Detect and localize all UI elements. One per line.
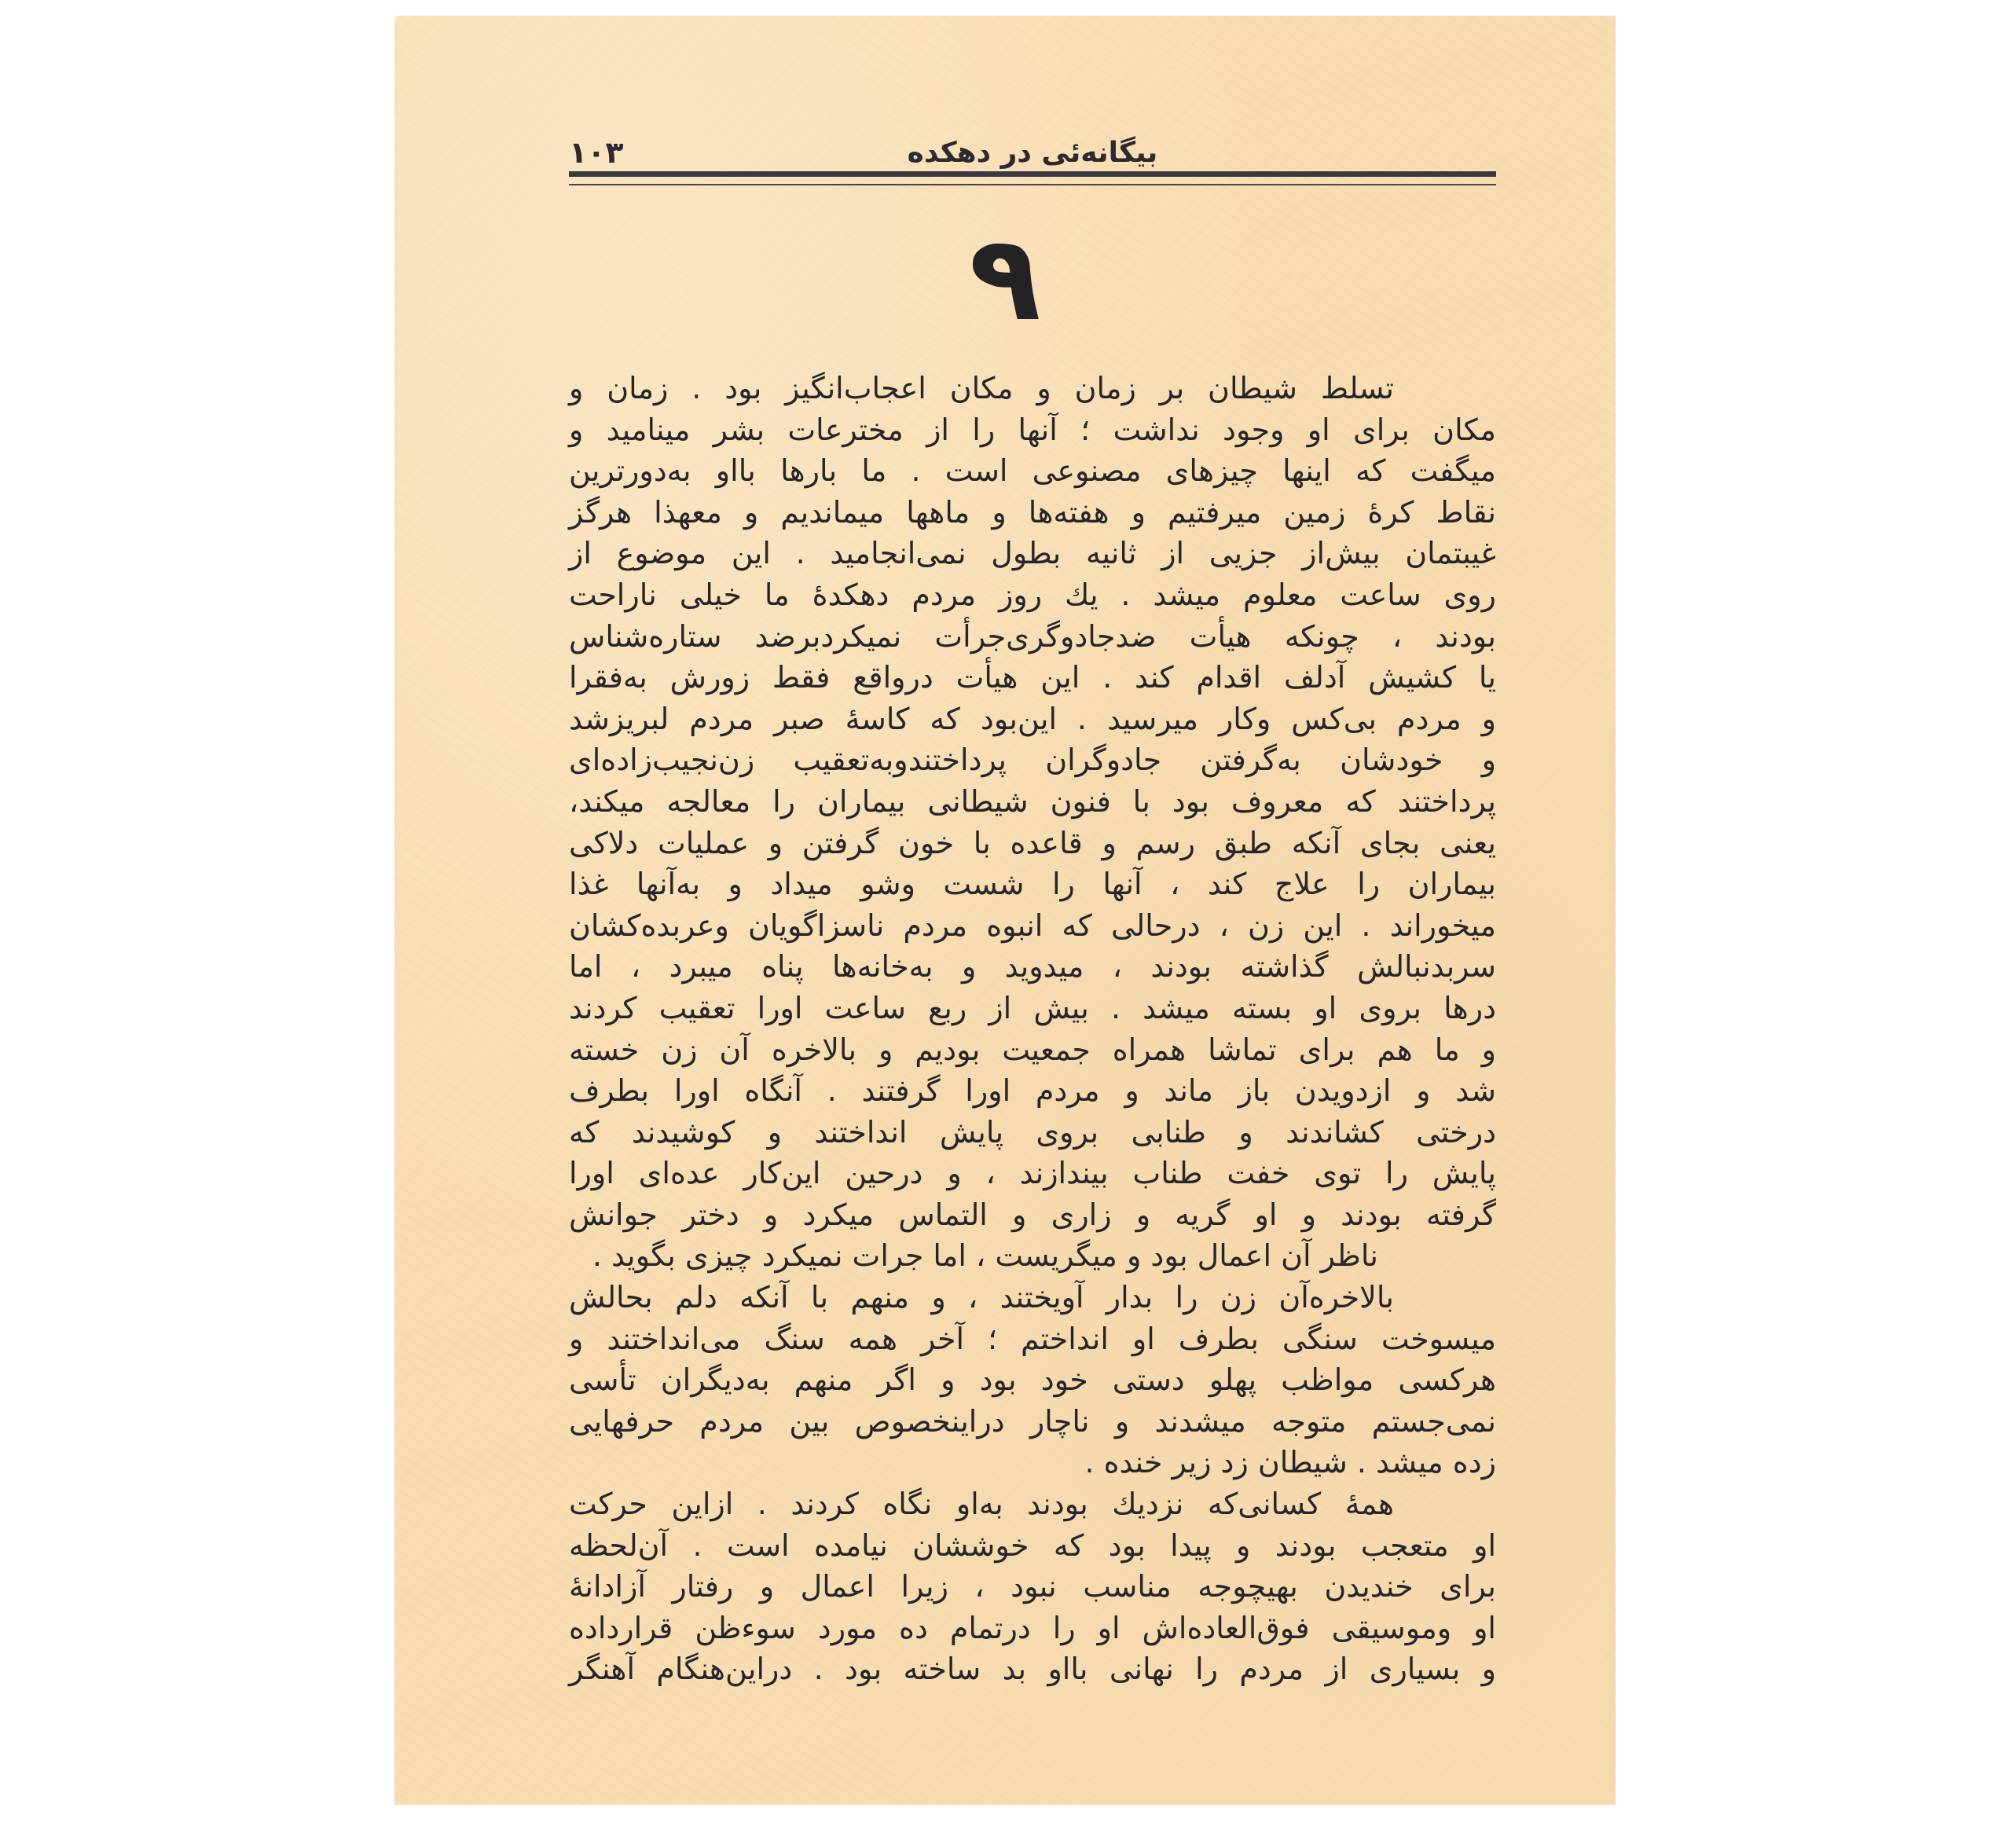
text-line: یا کشیش آدلف اقدام کند . این هیأت درواقع… — [569, 657, 1496, 698]
text-line: بودند ، چونکه هیأت ضدجادوگری‌جرأت نمیکرد… — [569, 616, 1496, 658]
text-line: و بسیاری از مردم را نهانی بااو بد ساخته … — [569, 1648, 1496, 1690]
text-line: میسوخت سنگی بطرف او انداختم ؛ آخر همه سن… — [569, 1318, 1496, 1360]
text-line: میخوراند . این زن ، درحالی که انبوه مردم… — [569, 905, 1496, 947]
text-line: غیبتمان بیش‌از جزیی از ثانیه بطول نمی‌ان… — [569, 533, 1496, 574]
text-line: نقاط کرهٔ زمین میرفتیم و هفته‌ها و ماهها… — [569, 492, 1496, 533]
text-line: و مردم بی‌کس وکار میرسید . این‌بود که کا… — [569, 698, 1496, 740]
chapter-number: ۹ — [394, 220, 1616, 338]
text-line: همهٔ کسانی‌که نزدیك بودند به‌او نگاه کرد… — [569, 1483, 1496, 1525]
book-page: بیگانه‌ئی در دهکده ۱۰۳ ۹ تسلط شیطان بر ز… — [394, 16, 1616, 1805]
header-rule-thick — [569, 171, 1496, 177]
text-line: پرداختند که معروف بود با فنون شیطانی بیم… — [569, 781, 1496, 823]
text-line: هرکسی مواظب پهلو دستی خود بود و اگر منهم… — [569, 1359, 1496, 1401]
text-line: ناظر آن اعمال بود و میگریست ، اما جرات ن… — [569, 1235, 1496, 1277]
text-line: و خودشان به‌گرفتن جادوگران پرداختندوبه‌ت… — [569, 739, 1496, 781]
text-line: سربدنبالش گذاشته بودند ، میدوید و به‌خان… — [569, 946, 1496, 988]
body-text: تسلط شیطان بر زمان و مکان اعجاب‌انگیز بو… — [569, 368, 1496, 1690]
text-line: بیماران را علاج کند ، آنها را شست وشو می… — [569, 863, 1496, 905]
text-line: پایش را توی خفت طناب بیندازند ، و درحین … — [569, 1153, 1496, 1194]
text-line: نمی‌جستم متوجه میشدند و ناچار دراینخصوص … — [569, 1401, 1496, 1443]
text-line: یعنی بجای آنکه طبق رسم و قاعده با خون گر… — [569, 823, 1496, 864]
text-line: تسلط شیطان بر زمان و مکان اعجاب‌انگیز بو… — [569, 368, 1496, 409]
text-line: او متعجب بودند و پیدا بود که خوششان نیام… — [569, 1525, 1496, 1567]
text-line: زده میشد . شیطان زد زیر خنده . — [569, 1442, 1496, 1483]
text-line: گرفته بودند و او گریه و زاری و التماس می… — [569, 1194, 1496, 1236]
page-number: ۱۰۳ — [569, 135, 624, 170]
text-line: شد و ازدویدن باز ماند و مردم اورا گرفتند… — [569, 1070, 1496, 1112]
running-title: بیگانه‌ئی در دهکده — [569, 137, 1496, 169]
text-line: او وموسیقی فوق‌العاده‌اش او را درتمام ده… — [569, 1608, 1496, 1649]
header-rule-thin — [569, 184, 1496, 185]
text-line: درختی کشاندند و طنابی بروی پایش انداختند… — [569, 1112, 1496, 1153]
text-line: و ما هم برای تماشا همراه جمعیت بودیم و ب… — [569, 1029, 1496, 1071]
running-header: بیگانه‌ئی در دهکده ۱۰۳ — [569, 126, 1496, 173]
text-line: بالاخره‌آن زن را بدار آویختند ، و منهم ب… — [569, 1277, 1496, 1318]
text-line: میگفت که اینها چیزهای مصنوعی است . ما با… — [569, 450, 1496, 492]
text-line: برای خندیدن بهیچوجه مناسب نبود ، زیرا اع… — [569, 1566, 1496, 1608]
text-line: درها بروی او بسته میشد . بیش از ربع ساعت… — [569, 988, 1496, 1029]
text-line: روی ساعت معلوم میشد . یك روز مردم دهکدهٔ… — [569, 574, 1496, 616]
text-line: مکان برای او وجود نداشت ؛ آنها را از مخت… — [569, 409, 1496, 451]
